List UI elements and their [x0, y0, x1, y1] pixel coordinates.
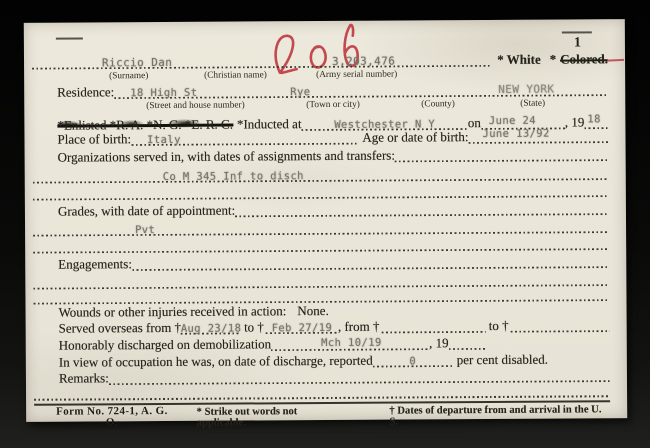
state-caption: (State) — [520, 100, 545, 109]
grades-label: Grades, with date of appointment: — [58, 204, 235, 219]
birth-date-value: June 13/92 — [482, 128, 549, 139]
birth-place-line: Italy — [131, 129, 356, 146]
dagger-note: † Dates of departure from and arrival in… — [389, 405, 610, 428]
induction-date-value: June 24 — [489, 115, 536, 126]
town-caption: (Town or city) — [306, 101, 360, 111]
town-value: Rye — [290, 87, 310, 98]
remarks-label: Remarks: — [59, 371, 109, 385]
corner-mark — [56, 37, 83, 39]
strike-note: * Strike out words not applicable. — [197, 407, 348, 429]
serial-value: 3,203,476 — [332, 56, 395, 67]
place-of-birth-label: Place of birth: — [57, 132, 131, 146]
organizations-row: Organizations served in, with dates of a… — [33, 143, 609, 165]
form-number-block: Form No. 724-1, A. G. O. Nov. 22, 1919. — [49, 406, 175, 441]
birth-place-value: Italy — [147, 134, 181, 145]
name-row: Riccio Dan 3,203,476 * White * Colored. — [32, 48, 608, 70]
remarks-row: Remarks: — [34, 364, 610, 386]
overseas-to1-line: Feb 27/19 — [266, 318, 338, 334]
engagements-label: Engagements: — [58, 257, 132, 271]
race-colored-star: * — [550, 53, 557, 67]
name-line: Riccio Dan 3,203,476 — [32, 51, 490, 70]
form-footer: Form No. 724-1, A. G. O. Nov. 22, 1919. … — [34, 403, 610, 440]
form-number: Form No. 724-1, A. G. O. — [49, 406, 175, 429]
organizations-line — [395, 145, 609, 162]
overseas-from1-line: Aug 23/18 — [181, 319, 241, 335]
discharge-date-value: Mch 10/19 — [321, 337, 382, 348]
overseas-to2-label: to † — [489, 319, 509, 333]
race-colored-label-struck: Colored. — [560, 52, 608, 66]
birth-date-line: June 13/92 — [468, 127, 608, 144]
county-caption: (County) — [421, 100, 455, 110]
photo-background: { "colors": { "background": "#0b0b0a", "… — [0, 0, 650, 448]
state-value: NEW YORK — [498, 84, 554, 95]
overseas-to-label: to † — [244, 320, 264, 334]
residence-row: Residence: 18 High St Rye NEW YORK — [32, 78, 608, 100]
induction-year-value: 18 — [587, 114, 601, 125]
age-label: Age or date of birth: — [362, 130, 468, 145]
race-white-label: * White — [497, 53, 541, 67]
residence-label: Residence: — [57, 85, 114, 99]
bottom-dotted-rule — [34, 395, 610, 400]
organizations-label: Organizations served in, with dates of a… — [58, 149, 395, 165]
discharge-year-line — [449, 334, 487, 350]
service-record-card: 1 Riccio Dan 3,203,476 * White * Colored… — [24, 19, 627, 422]
overseas-from1-value: Aug 23/18 — [181, 323, 242, 334]
grade-value: Pvt — [135, 225, 155, 236]
street-value: 18 High St — [130, 87, 197, 98]
form-date: Nov. 22, 1919. — [49, 430, 175, 441]
surname-value: Riccio Dan — [102, 57, 172, 68]
overseas-to1-value: Feb 27/19 — [272, 322, 333, 333]
street-caption: (Street and house number) — [146, 101, 244, 111]
discharge-year-label: , 19 — [429, 336, 449, 350]
residence-line: 18 High St Rye NEW YORK — [114, 80, 608, 99]
remarks-line — [109, 366, 610, 385]
page-number-rule — [562, 31, 592, 33]
